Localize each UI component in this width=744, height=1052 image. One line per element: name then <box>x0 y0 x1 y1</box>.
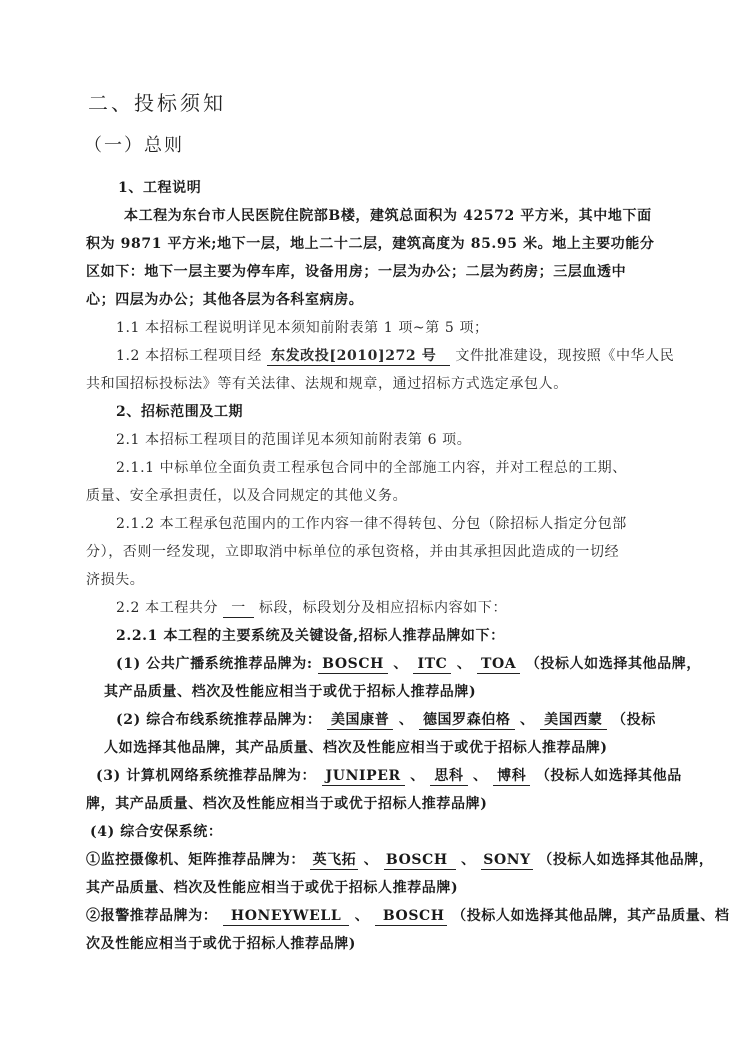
item-2-1-2-line2: 分），否则一经发现，立即取消中标单位的承包资格，并由其承担因此造成的一切经 <box>86 542 619 562</box>
item-2-1-2-line3: 济损失。 <box>86 570 144 590</box>
project-description-line: 区如下：地下一层主要为停车库，设备用房；一层为办公；二层为药房；三层血透中 <box>86 262 626 282</box>
item-1-2: 1.2 本招标工程项目经 东发改投[2010]272 号 文件批准建设，现按照《… <box>116 346 674 366</box>
brand: BOSCH <box>384 852 456 870</box>
security-label: ②报警推荐品牌为： <box>86 908 217 924</box>
item-1-2-line2: 共和国招标投标法》等有关法律、法规和规章，通过招标方式选定承包人。 <box>86 374 568 394</box>
security-label: ①监控摄像机、矩阵推荐品牌为： <box>86 852 305 868</box>
system-note-line2: 牌，其产品质量、档次及性能应相当于或优于招标人推荐品牌) <box>86 794 487 814</box>
brand: JUNIPER <box>322 768 405 786</box>
security-note-line2: 其产品质量、档次及性能应相当于或优于招标人推荐品牌) <box>86 878 458 898</box>
project-description-line: 心；四层为办公；其他各层为各科室病房。 <box>86 290 363 310</box>
item-1-2-suffix: 文件批准建设，现按照《中华人民 <box>455 348 674 364</box>
item-2-1-2: 2.1.2 本工程承包范围内的工作内容一律不得转包、分包（除招标人指定分包部 <box>116 514 627 534</box>
brand: 美国西蒙 <box>540 712 606 730</box>
project-description-line: 本工程为东台市人民医院住院部B楼，建筑总面积为 42572 平方米，其中地下面 <box>124 206 652 226</box>
system-note: （投标 <box>612 712 656 728</box>
item-1-1: 1.1 本招标工程说明详见本须知前附表第 1 项~第 5 项； <box>116 318 489 338</box>
item-2-1-1: 2.1.1 中标单位全面负责工程承包合同中的全部施工内容，并对工程总的工期、 <box>116 458 627 478</box>
item-2-1: 2.1 本招标工程项目的范围详见本须知前附表第 6 项。 <box>116 430 471 450</box>
brand: BOSCH <box>318 656 388 674</box>
separator: 、 <box>410 768 425 784</box>
item-2-2-1: 2.2.1 本工程的主要系统及关键设备,招标人推荐品牌如下： <box>116 626 505 646</box>
item-2-2-prefix: 2.2 本工程共分 <box>116 600 218 616</box>
system-security: (4) 综合安保系统： <box>90 822 222 842</box>
project-description-line: 积为 9871 平方米;地下一层，地上二十二层，建筑高度为 85.95 米。地上… <box>86 234 654 254</box>
item-2-2-suffix: 标段，标段划分及相应招标内容如下： <box>259 600 507 616</box>
security-cctv: ①监控摄像机、矩阵推荐品牌为： 英飞拓 、 BOSCH 、 SONY （投标人如… <box>86 850 713 870</box>
section-2-title: 2、招标范围及工期 <box>116 402 243 422</box>
system-computer-network: (3) 计算机网络系统推荐品牌为： JUNIPER 、 思科 、 博科 （投标人… <box>96 766 682 786</box>
separator: 、 <box>355 908 370 924</box>
separator: 、 <box>461 852 476 868</box>
separator: 、 <box>473 768 488 784</box>
system-structured-cabling: (2) 综合布线系统推荐品牌为： 美国康普 、 德国罗森伯格 、 美国西蒙 （投… <box>116 710 656 730</box>
heading-general-provisions: （一）总则 <box>84 134 184 158</box>
brand: 英飞拓 <box>310 852 358 870</box>
system-public-address: (1) 公共广播系统推荐品牌为: BOSCH 、 ITC 、 TOA （投标人如… <box>116 654 701 674</box>
security-note-line2: 次及性能应相当于或优于招标人推荐品牌) <box>86 934 356 954</box>
separator: 、 <box>399 712 414 728</box>
brand: 思科 <box>430 768 467 786</box>
brand: TOA <box>477 656 520 674</box>
document-page: 二、投标须知 （一）总则 1、工程说明 本工程为东台市人民医院住院部B楼，建筑总… <box>0 0 744 1052</box>
security-alarm: ②报警推荐品牌为： HONEYWELL 、 BOSCH （投标人如选择其他品牌，… <box>86 906 730 926</box>
security-note: （投标人如选择其他品牌， <box>538 852 713 868</box>
item-2-1-1-line2: 质量、安全承担责任，以及合同规定的其他义务。 <box>86 486 407 506</box>
system-label: (3) 计算机网络系统推荐品牌为： <box>96 768 316 784</box>
security-note: （投标人如选择其他品牌，其产品质量、档 <box>452 908 729 924</box>
item-2-2: 2.2 本工程共分 一 标段，标段划分及相应招标内容如下： <box>116 598 507 618</box>
item-1-2-prefix: 1.2 本招标工程项目经 <box>116 348 262 364</box>
system-note: （投标人如选择其他品 <box>536 768 682 784</box>
brand: BOSCH <box>375 908 447 926</box>
brand: SONY <box>481 852 533 870</box>
brand: 美国康普 <box>327 712 393 730</box>
heading-main: 二、投标须知 <box>88 90 226 116</box>
sections-count: 一 <box>223 600 254 618</box>
separator: 、 <box>393 656 408 672</box>
separator: 、 <box>364 852 379 868</box>
separator: 、 <box>520 712 535 728</box>
section-1-title: 1、工程说明 <box>118 178 201 198</box>
system-note-line2: 人如选择其他品牌，其产品质量、档次及性能应相当于或优于招标人推荐品牌) <box>104 738 608 758</box>
separator: 、 <box>457 656 472 672</box>
brand: HONEYWELL <box>223 908 349 926</box>
system-note-line2: 其产品质量、档次及性能应相当于或优于招标人推荐品牌) <box>104 682 476 702</box>
brand: ITC <box>413 656 451 674</box>
approval-document-number: 东发改投[2010]272 号 <box>267 348 450 366</box>
brand: 德国罗森伯格 <box>419 712 515 730</box>
system-label: (2) 综合布线系统推荐品牌为： <box>116 712 321 728</box>
brand: 博科 <box>493 768 530 786</box>
system-label: (1) 公共广播系统推荐品牌为: <box>116 656 313 672</box>
system-note: （投标人如选择其他品牌， <box>526 656 701 672</box>
